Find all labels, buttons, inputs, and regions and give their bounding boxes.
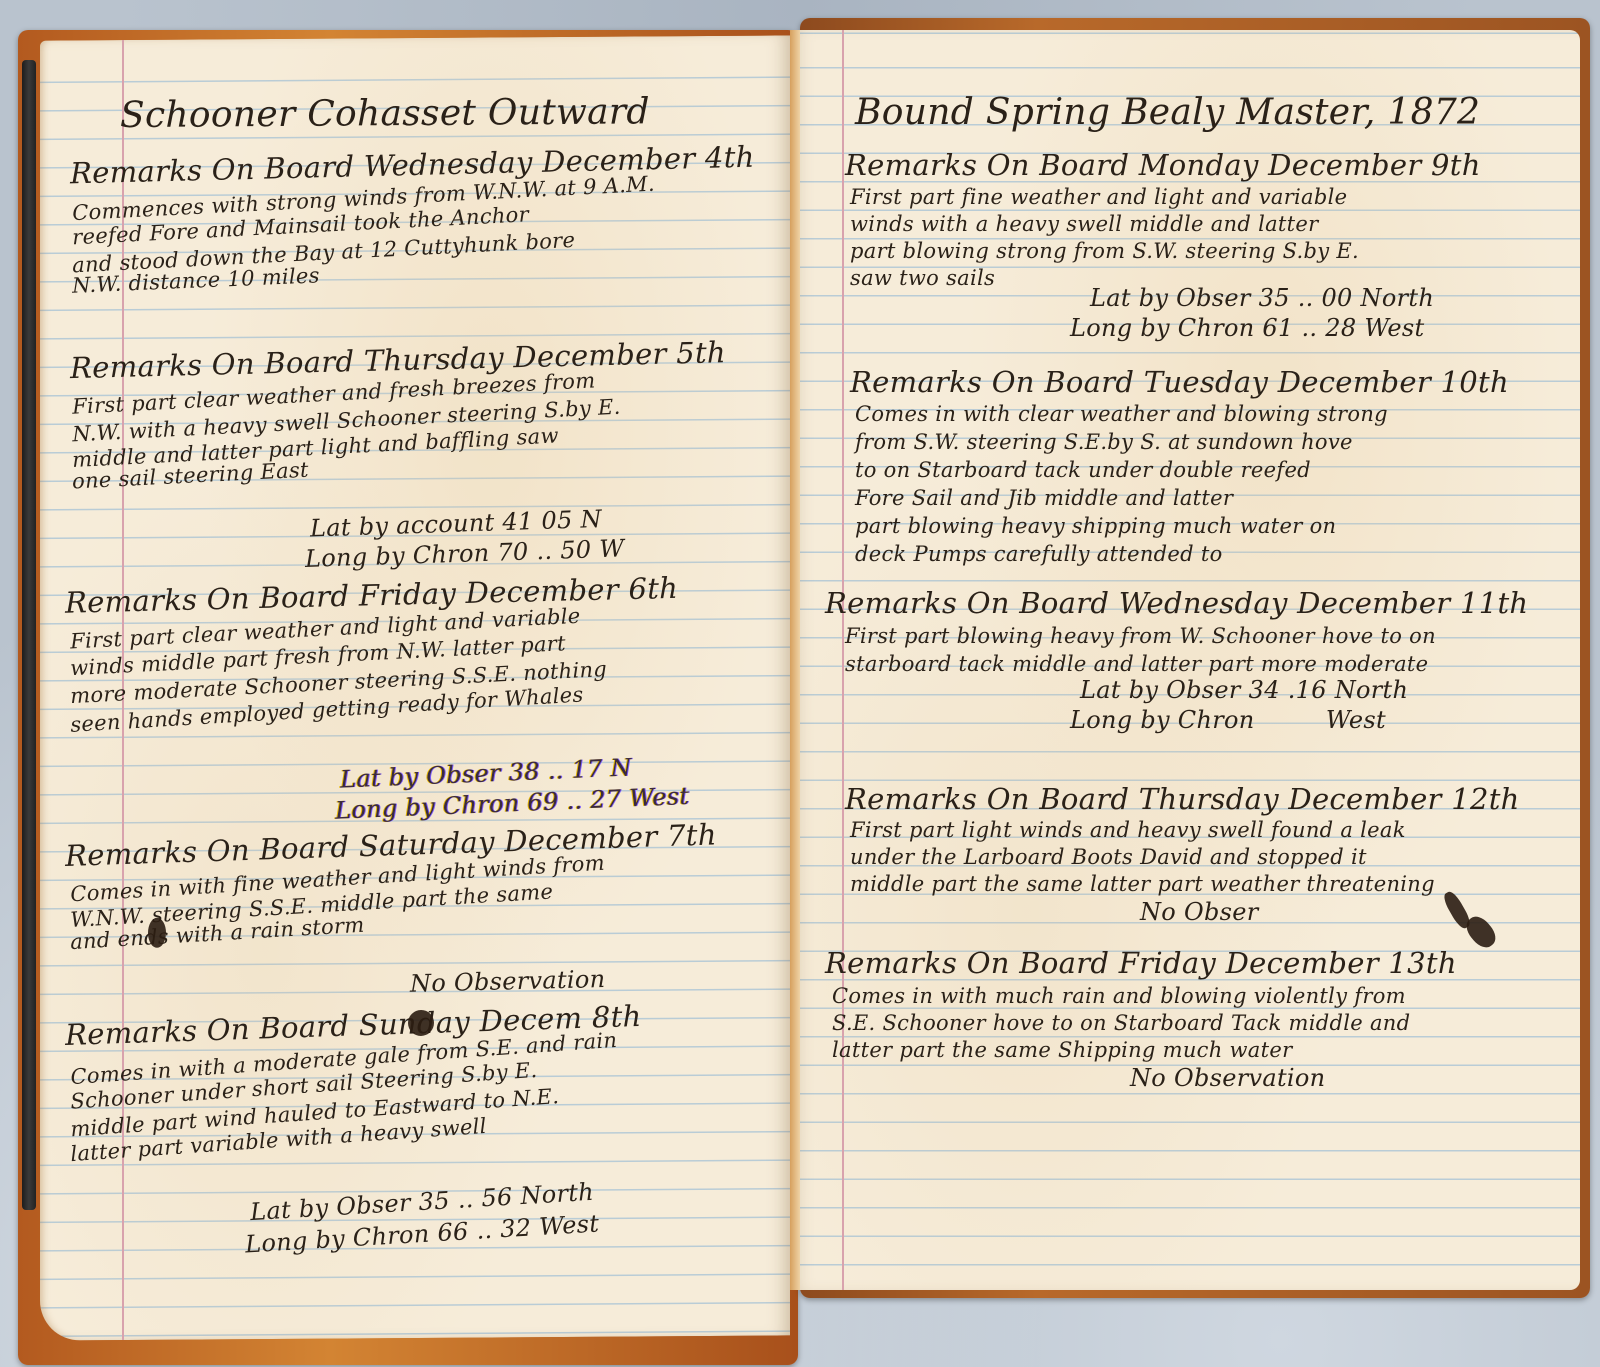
entry-heading: Remarks On Board Friday December 13th [825,946,1457,980]
longitude: Long by Chron West [1070,706,1386,734]
entry-line: winds with a heavy swell middle and latt… [850,212,1318,236]
book-spine [22,60,36,1210]
entry-line: Fore Sail and Jib middle and latter [855,486,1233,510]
entry-line: latter part the same Shipping much water [832,1038,1292,1062]
right-page: Bound Spring Bealy Master, 1872 Remarks … [790,30,1580,1290]
latitude: Lat by Obser 34 .16 North [1080,676,1408,704]
entry-line: under the Larboard Boots David and stopp… [850,845,1367,869]
no-observation-note: No Obser [1140,898,1259,926]
entry-heading: Remarks On Board Monday December 9th [845,148,1481,182]
entry-line: S.E. Schooner hove to on Starboard Tack … [832,1011,1410,1035]
entry-line: First part blowing heavy from W. Schoone… [845,624,1436,648]
entry-line: deck Pumps carefully attended to [855,542,1223,566]
entry-line: middle part the same latter part weather… [850,872,1435,896]
entry-line: part blowing heavy shipping much water o… [855,514,1336,538]
latitude: Lat by Obser 35 .. 00 North [1090,284,1434,312]
entry-line: part blowing strong from S.W. steering S… [850,239,1359,263]
entry-line: saw two sails [850,266,995,290]
margin-line [842,30,844,1290]
ink-blot [408,1010,434,1036]
entry-line: to on Starboard tack under double reefed [855,458,1311,482]
page-title: Schooner Cohasset Outward [120,91,650,136]
no-observation-note: No Observation [1130,1064,1325,1092]
entry-heading: Remarks On Board Friday December 6th [65,571,679,620]
entry-heading: Remarks On Board Wednesday December 11th [825,586,1528,620]
left-page: Schooner Cohasset Outward Remarks On Boa… [40,35,790,1340]
longitude: Long by Chron 61 .. 28 West [1070,314,1424,342]
page-gutter [790,30,800,1290]
entry-line: First part light winds and heavy swell f… [850,818,1406,842]
ink-blot [148,918,166,948]
entry-heading: Remarks On Board Tuesday December 10th [850,365,1509,399]
no-observation-note: No Observation [410,965,606,998]
entry-line: from S.W. steering S.E.by S. at sundown … [855,430,1353,454]
entry-line: First part fine weather and light and va… [850,185,1347,209]
entry-line: Comes in with much rain and blowing viol… [832,984,1406,1008]
page-title: Bound Spring Bealy Master, 1872 [855,92,1480,133]
entry-heading: Remarks On Board Thursday December 12th [845,782,1520,816]
entry-line: starboard tack middle and latter part mo… [845,652,1428,676]
entry-line: Comes in with clear weather and blowing … [855,402,1388,426]
